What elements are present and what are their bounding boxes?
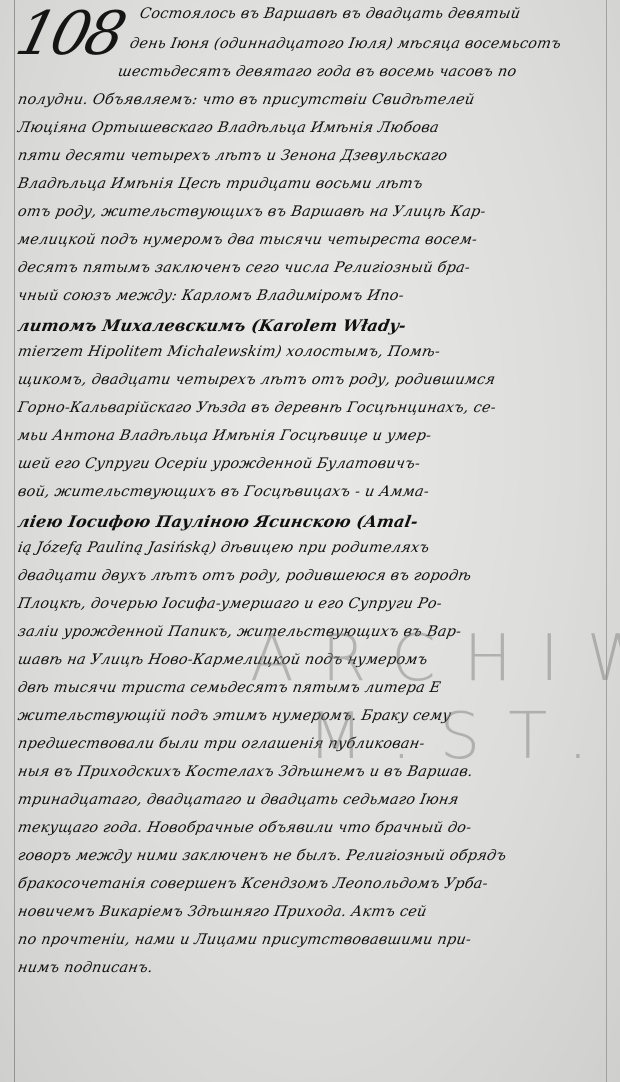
bride-name-line: ліею Іосифою Пауліною Ясинскою (Amal- xyxy=(16,512,419,531)
text-line: Состоялось въ Варшавѣ въ двадцать девяты… xyxy=(139,6,522,22)
archive-watermark-line2: M.ST. xyxy=(308,700,616,774)
text-line: нимъ подписанъ. xyxy=(17,960,155,976)
text-line: пяти десяти четырехъ лѣтъ и Зенона Дзеву… xyxy=(17,148,449,164)
text-line: щикомъ, двадцати четырехъ лѣтъ отъ роду,… xyxy=(17,372,497,388)
left-margin-rule xyxy=(14,0,15,1082)
text-line: полудни. Объявляемъ: что въ присутствіи … xyxy=(17,92,476,108)
text-line: новичемъ Викаріемъ Здѣшняго Прихода. Акт… xyxy=(17,904,428,920)
text-line: говоръ между ними заключенъ не былъ. Рел… xyxy=(17,848,508,864)
archive-watermark-line1: ARCHIWU xyxy=(250,622,620,696)
text-line: тринадцатаго, двадцатаго и двадцать седь… xyxy=(17,792,460,808)
act-number: 108 xyxy=(11,4,128,64)
text-line: мьи Антона Владѣльца Имѣнія Госцѣвице и … xyxy=(17,428,433,444)
text-line: mierzem Hipolitem Michalewskim) холостым… xyxy=(17,344,442,360)
right-margin-rule xyxy=(606,0,607,1082)
text-line: отъ роду, жительствующихъ въ Варшавѣ на … xyxy=(17,204,487,220)
text-line: шестьдесятъ девятаго года въ восемь часо… xyxy=(117,64,518,80)
text-line: Люціяна Ортышевскаго Владѣльца Имѣнія Лю… xyxy=(17,120,441,136)
groom-name-line: литомъ Михалевскимъ (Karolem Włady- xyxy=(16,316,407,335)
text-line: ią Józefą Pauliną Jasińską) дѣвицею при … xyxy=(17,540,431,556)
text-line: вой, жительствующихъ въ Госцѣвицахъ - и … xyxy=(17,484,431,500)
text-line: двадцати двухъ лѣтъ отъ роду, родившеюся… xyxy=(17,568,473,584)
text-line: Горно-Кальварійскаго Уѣзда въ деревнѣ Го… xyxy=(17,400,498,416)
text-line: чный союзъ между: Карломъ Владиміромъ Ип… xyxy=(17,288,406,304)
text-line: мелицкой подъ нумеромъ два тысячи четыре… xyxy=(17,232,479,248)
text-line: Владѣльца Имѣнія Цесѣ тридцати восьми лѣ… xyxy=(17,176,424,192)
text-line: шей его Супруги Осеріи урожденной Булато… xyxy=(17,456,422,472)
text-line: Плоцкѣ, дочерью Іосифа-умершаго и его Су… xyxy=(17,596,444,612)
text-line: по прочтеніи, нами и Лицами присутствова… xyxy=(17,932,473,948)
text-line: десятъ пятымъ заключенъ сего числа Религ… xyxy=(17,260,472,276)
text-line: текущаго года. Новобрачные объявили что … xyxy=(17,820,473,836)
document-page: 108 Состоялось въ Варшавѣ въ двадцать де… xyxy=(0,0,620,1082)
text-line: бракосочетанія совершенъ Ксендзомъ Леопо… xyxy=(17,876,490,892)
text-line: день Іюня (одиннадцатого Іюля) мѣсяца во… xyxy=(129,36,563,52)
